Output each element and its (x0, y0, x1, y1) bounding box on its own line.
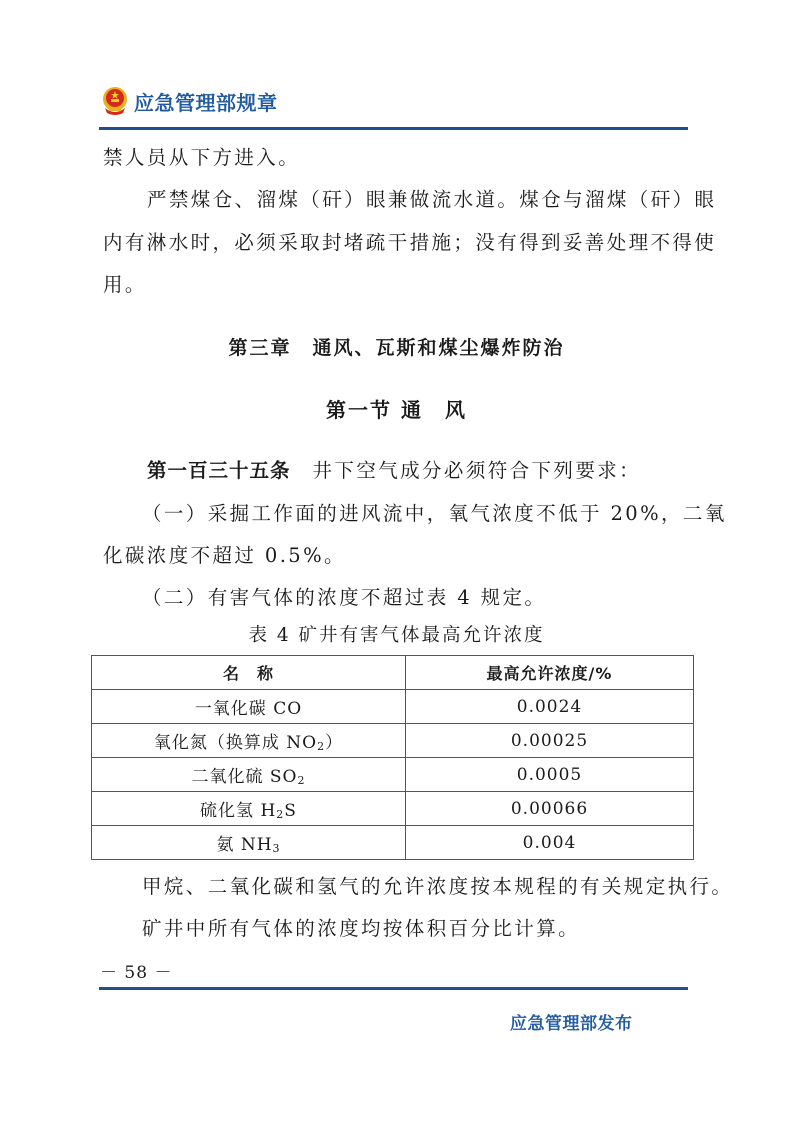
publisher-label: 应急管理部发布 (510, 1009, 633, 1034)
table-row: 氨 NH3 0.004 (92, 826, 694, 860)
gas-name-cell: 二氧化硫 SO2 (92, 758, 406, 792)
continuation-line: 禁人员从下方进入。 (103, 144, 300, 172)
table-caption: 表 4 矿井有害气体最高允许浓度 (0, 622, 793, 650)
item-line: 化碳浓度不超过 0.5%。 (103, 542, 346, 570)
concentration-cell: 0.00025 (406, 724, 694, 758)
header-divider (99, 127, 688, 130)
table-row: 一氧化碳 CO 0.0024 (92, 690, 694, 724)
concentration-cell: 0.0024 (406, 690, 694, 724)
page-number: － 58 － (100, 958, 172, 983)
table-row: 氧化氮（换算成 NO2） 0.00025 (92, 724, 694, 758)
article-text: 井下空气成分必须符合下列要求： (313, 459, 642, 482)
paragraph-line: 用。 (103, 271, 147, 299)
header-title: 应急管理部规章 (134, 87, 278, 116)
gas-name-cell: 氨 NH3 (92, 826, 406, 860)
table-row: 二氧化硫 SO2 0.0005 (92, 758, 694, 792)
paragraph-line: 内有淋水时，必须采取封堵疏干措施；没有得到妥善处理不得使 (103, 229, 716, 257)
item-line: （二）有害气体的浓度不超过表 4 规定。 (142, 584, 546, 612)
gas-concentration-table: 名 称 最高允许浓度/% 一氧化碳 CO 0.0024 氧化氮（换算成 NO2）… (91, 655, 694, 860)
concentration-cell: 0.0005 (406, 758, 694, 792)
concentration-cell: 0.00066 (406, 792, 694, 826)
article-line: 第一百三十五条井下空气成分必须符合下列要求： (147, 457, 641, 485)
note-line: 矿井中所有气体的浓度均按体积百分比计算。 (142, 915, 580, 943)
item-line: （一）采掘工作面的进风流中，氧气浓度不低于 20%，二氧 (142, 500, 727, 528)
table-header-row: 名 称 最高允许浓度/% (92, 656, 694, 690)
article-label: 第一百三十五条 (147, 459, 291, 482)
gas-name-cell: 一氧化碳 CO (92, 690, 406, 724)
column-header-name: 名 称 (92, 656, 406, 690)
column-header-concentration: 最高允许浓度/% (406, 656, 694, 690)
paragraph-line: 严禁煤仓、溜煤（矸）眼兼做流水道。煤仓与溜煤（矸）眼 (147, 186, 716, 214)
gas-name-cell: 硫化氢 H2S (92, 792, 406, 826)
footer-divider (99, 987, 688, 990)
chapter-title: 第三章 通风、瓦斯和煤尘爆炸防治 (0, 334, 793, 362)
concentration-cell: 0.004 (406, 826, 694, 860)
table-row: 硫化氢 H2S 0.00066 (92, 792, 694, 826)
gas-name-cell: 氧化氮（换算成 NO2） (92, 724, 406, 758)
section-title: 第一节 通 风 (0, 396, 793, 424)
national-emblem-icon (100, 86, 130, 116)
note-line: 甲烷、二氧化碳和氢气的允许浓度按本规程的有关规定执行。 (142, 873, 733, 901)
